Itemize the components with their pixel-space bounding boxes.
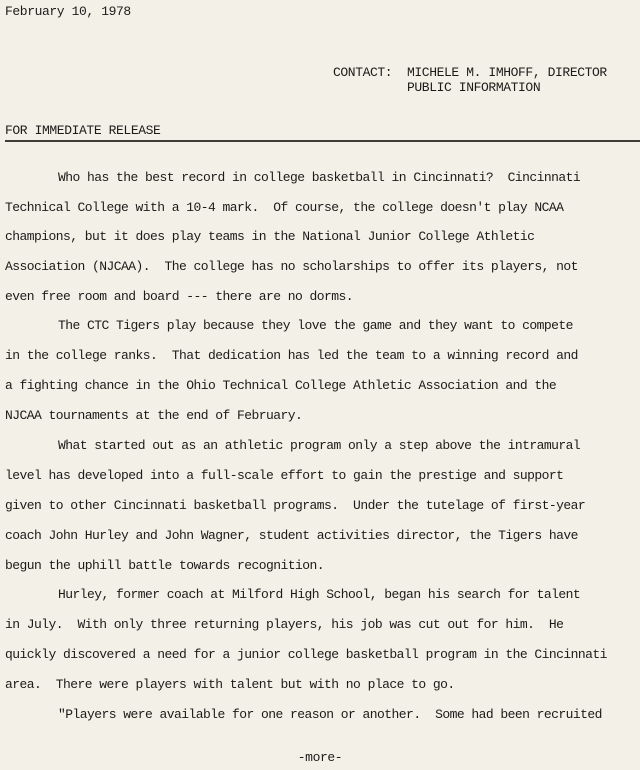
body-line: in the college ranks. That dedication ha… [5, 348, 578, 364]
body-line: a fighting chance in the Ohio Technical … [5, 378, 556, 394]
body-line: Hurley, former coach at Milford High Sch… [58, 587, 580, 603]
more-indicator: -more- [0, 750, 640, 765]
press-release-page: February 10, 1978 CONTACT: MICHELE M. IM… [0, 0, 640, 770]
body-line: Who has the best record in college baske… [58, 170, 580, 186]
body-line: in July. With only three returning playe… [5, 617, 563, 633]
body-line: What started out as an athletic program … [58, 438, 580, 454]
body-line: champions, but it does play teams in the… [5, 229, 534, 245]
body-line: Technical College with a 10-4 mark. Of c… [5, 200, 563, 216]
body-line: given to other Cincinnati basketball pro… [5, 498, 585, 514]
body-line: coach John Hurley and John Wagner, stude… [5, 528, 578, 544]
body-line: NJCAA tournaments at the end of February… [5, 408, 302, 424]
body-line: "Players were available for one reason o… [58, 707, 602, 723]
contact-title: PUBLIC INFORMATION [407, 80, 540, 95]
body-line: area. There were players with talent but… [5, 677, 455, 693]
body-line: even free room and board --- there are n… [5, 289, 353, 305]
body-line: The CTC Tigers play because they love th… [58, 318, 573, 334]
body-line: begun the uphill battle towards recognit… [5, 558, 324, 574]
release-date: February 10, 1978 [5, 4, 131, 19]
contact-label: CONTACT: [333, 65, 392, 80]
contact-name: MICHELE M. IMHOFF, DIRECTOR [407, 65, 607, 80]
body-line: level has developed into a full-scale ef… [5, 468, 563, 484]
body-line: quickly discovered a need for a junior c… [5, 647, 607, 663]
body-line: Association (NJCAA). The college has no … [5, 259, 578, 275]
release-heading: FOR IMMEDIATE RELEASE [5, 123, 160, 138]
header-rule [5, 140, 640, 142]
